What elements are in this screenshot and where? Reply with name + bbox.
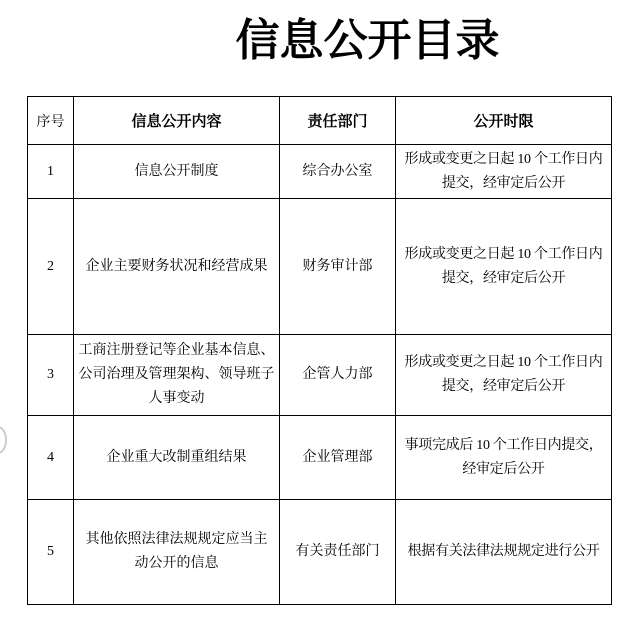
- cell-content-3: 工商注册登记等企业基本信息、 公司治理及管理架构、领导班子 人事变动: [74, 335, 280, 416]
- table-row-5: 5 其他依照法律法规规定应当主 动公开的信息 有关责任部门 根据有关法律法规规定…: [28, 500, 612, 605]
- table-row-2: 2 企业主要财务状况和经营成果 财务审计部 形成或变更之日起 10 个工作日内 …: [28, 199, 612, 335]
- table-row-4: 4 企业重大改制重组结果 企业管理部 事项完成后 10 个工作日内提交， 经审定…: [28, 416, 612, 500]
- cell-department-5: 有关责任部门: [280, 500, 396, 605]
- cell-department-3: 企管人力部: [280, 335, 396, 416]
- cell-content-4: 企业重大改制重组结果: [74, 416, 280, 500]
- cell-content-5: 其他依照法律法规规定应当主 动公开的信息: [74, 500, 280, 605]
- cell-deadline-5: 根据有关法律法规规定进行公开: [396, 500, 612, 605]
- header-department: 责任部门: [280, 97, 396, 145]
- header-no: 序号: [28, 97, 74, 145]
- cell-deadline-3: 形成或变更之日起 10 个工作日内 提交，经审定后公开: [396, 335, 612, 416]
- scan-artifact: [0, 426, 7, 454]
- disclosure-table: 序号 信息公开内容 责任部门 公开时限 1 信息公开制度 综合办公室 形成或变更…: [27, 96, 612, 605]
- cell-department-2: 财务审计部: [280, 199, 396, 335]
- cell-no-5: 5: [28, 500, 74, 605]
- cell-no-4: 4: [28, 416, 74, 500]
- cell-department-4: 企业管理部: [280, 416, 396, 500]
- cell-deadline-2: 形成或变更之日起 10 个工作日内 提交，经审定后公开: [396, 199, 612, 335]
- table-header-row: 序号 信息公开内容 责任部门 公开时限: [28, 97, 612, 145]
- table-row-3: 3 工商注册登记等企业基本信息、 公司治理及管理架构、领导班子 人事变动 企管人…: [28, 335, 612, 416]
- cell-deadline-1: 形成或变更之日起 10 个工作日内 提交，经审定后公开: [396, 145, 612, 199]
- cell-content-1: 信息公开制度: [74, 145, 280, 199]
- cell-no-3: 3: [28, 335, 74, 416]
- title-row: 信息公开目录: [0, 0, 635, 96]
- table-row-1: 1 信息公开制度 综合办公室 形成或变更之日起 10 个工作日内 提交，经审定后…: [28, 145, 612, 199]
- cell-department-1: 综合办公室: [280, 145, 396, 199]
- page-title: 信息公开目录: [236, 16, 500, 66]
- cell-no-1: 1: [28, 145, 74, 199]
- header-content: 信息公开内容: [74, 97, 280, 145]
- cell-no-2: 2: [28, 199, 74, 335]
- cell-deadline-4: 事项完成后 10 个工作日内提交， 经审定后公开: [396, 416, 612, 500]
- header-deadline: 公开时限: [396, 97, 612, 145]
- cell-content-2: 企业主要财务状况和经营成果: [74, 199, 280, 335]
